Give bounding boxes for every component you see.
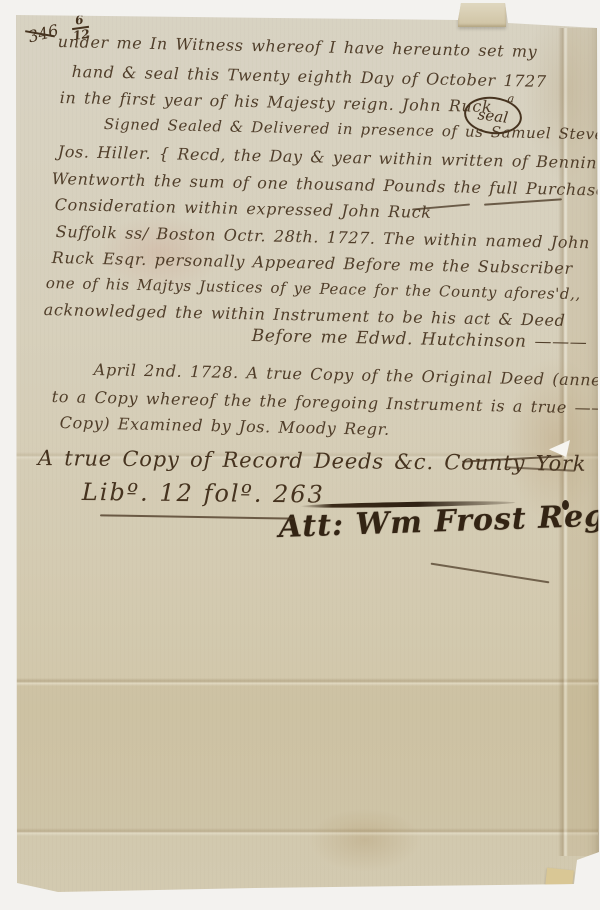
deed-text-line: Copy) Examined by Jos. Moody Regr. bbox=[60, 413, 390, 439]
deed-text-line: under me In Witness whereof I have hereu… bbox=[58, 32, 538, 61]
fold-crease bbox=[16, 828, 598, 836]
paper-sheet: 346 6 12 under me In Witness whereof I h… bbox=[0, 0, 600, 910]
attestation-line: A true Copy of Record Deeds &c. County Y… bbox=[38, 446, 587, 476]
fold-crease bbox=[16, 678, 598, 686]
deed-text-line: acknowledged the within Instrument to be… bbox=[44, 300, 566, 330]
seal-label: seal bbox=[477, 105, 509, 127]
deed-text-line: Ruck Esqr. personally Appeared Before me… bbox=[52, 248, 573, 278]
paper-tab bbox=[545, 868, 574, 890]
page-number: 346 bbox=[26, 21, 60, 47]
ink-flourish bbox=[484, 198, 562, 205]
deed-text-line: April 2nd. 1728. A true Copy of the Orig… bbox=[94, 360, 600, 390]
tape-tab bbox=[458, 2, 506, 27]
deed-text-line: Before me Edwd. Hutchinson ——— bbox=[252, 326, 588, 353]
deed-text-line: Suffolk ss/ Boston Octr. 28th. 1727. The… bbox=[56, 222, 590, 252]
ink-flourish bbox=[100, 514, 295, 519]
deed-text-line: one of his Majtys Justices of ye Peace f… bbox=[46, 274, 581, 303]
deed-text-line: Jos. Hiller. { Recd, the Day & year with… bbox=[58, 142, 600, 173]
seal-superscript: a bbox=[507, 92, 515, 106]
deed-text-line: in the first year of his Majesty reign. … bbox=[60, 88, 493, 116]
deed-text-line: Signed Sealed & Delivered in presence of… bbox=[104, 115, 600, 144]
deed-text-line: Wentworth the sum of one thousand Pounds… bbox=[52, 169, 600, 200]
deed-text-line: to a Copy whereof the the foregoing Inst… bbox=[52, 387, 600, 418]
deed-text-line: hand & seal this Twenty eighth Day of Oc… bbox=[72, 62, 547, 91]
aged-paper-band bbox=[16, 682, 598, 832]
deed-text-line: Consideration within expressed John Ruck bbox=[55, 195, 432, 222]
ink-flourish bbox=[431, 563, 550, 584]
attestation-line: Libº. 12 folº. 263 bbox=[82, 478, 325, 509]
